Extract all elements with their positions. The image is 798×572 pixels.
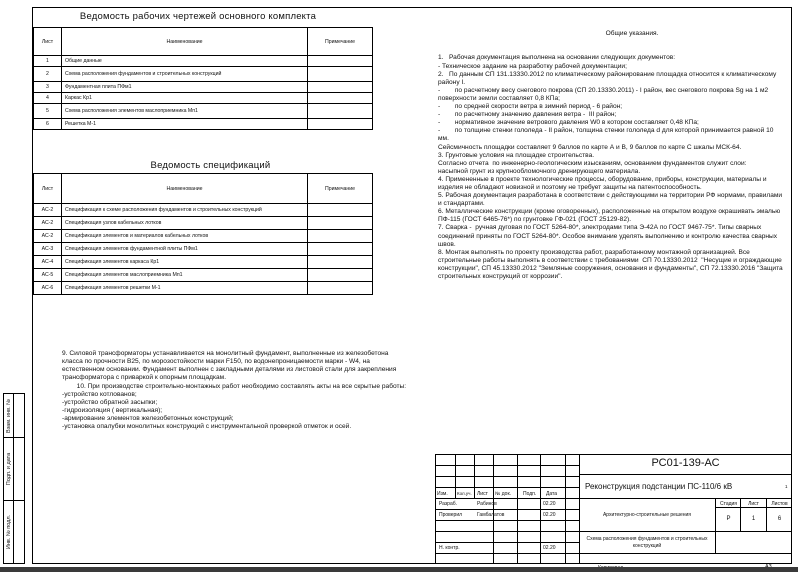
note-line: - по расчетному значению давления ветра … xyxy=(438,111,786,119)
cell-name: Спецификация элементов решетки М-1 xyxy=(61,282,307,295)
table-row: 3Фундаментная плита ПФм1 xyxy=(34,82,373,93)
note-line: -устройство котлованов; xyxy=(62,391,407,399)
side-label: Инв. № подл. xyxy=(6,515,12,549)
cell-note xyxy=(308,104,373,119)
spec-list-table: Лист Наименование Примечание АС-2Специфи… xyxy=(33,173,373,295)
header-sheet: Лист xyxy=(34,28,62,56)
note-line: - Техническое задание на разработку рабо… xyxy=(438,63,786,71)
spec-list-title: Ведомость спецификаций xyxy=(33,160,388,171)
cell-name: Спецификация элементов фундаментной плит… xyxy=(61,243,307,256)
cell-name: Спецификация элементов маслоприемника Мп… xyxy=(61,269,307,282)
note-line: 2. По данным СП 131.13330.2012 по климат… xyxy=(438,71,786,87)
side-cell-inventory: Инв. № подл. xyxy=(3,500,25,564)
cell-name: Схема расположения элементов маслоприемн… xyxy=(61,104,307,119)
signer-date: 02.20 xyxy=(543,545,556,551)
cell-note xyxy=(308,243,373,256)
general-notes: Общие указания. 1. Рабочая документация … xyxy=(438,14,786,289)
cell-note xyxy=(308,119,373,130)
stage-label: Стадия xyxy=(717,501,740,507)
sheet-label: Лист xyxy=(741,501,766,507)
side-cell-replacement: Взам. инв. № xyxy=(3,393,25,438)
note-line: -армирование элементов железобетонных ко… xyxy=(62,415,407,423)
notes-continued: 9. Силовой трансформаторы устанавливаетс… xyxy=(62,334,407,439)
signer-role: Проверил xyxy=(439,512,462,518)
cell-sheet: АС-2 xyxy=(34,204,62,217)
cell-note xyxy=(308,82,373,93)
table-row: 6Решетка М-1 xyxy=(34,119,373,130)
cell-name: Фундаментная плита ПФм1 xyxy=(61,82,307,93)
col-header: Изм. xyxy=(437,491,448,497)
cell-sheet: 4 xyxy=(34,93,62,104)
note-line: 9. Силовой трансформаторы устанавливаетс… xyxy=(62,350,407,382)
note-line: - по расчетному весу снегового покрова (… xyxy=(438,87,786,103)
sheet-value: 1 xyxy=(741,516,766,522)
sheet-title: Схема расположения фундаментов и строите… xyxy=(585,536,709,550)
note-line: 3. Грунтовые условия на площадке строите… xyxy=(438,152,786,160)
cell-sheet: 2 xyxy=(34,67,62,82)
cell-note xyxy=(308,204,373,217)
cell-name: Спецификация элементов и материалов кабе… xyxy=(61,230,307,243)
cell-sheet: АС-5 xyxy=(34,269,62,282)
note-line: 7. Сварка - ручная дуговая по ГОСТ 5264-… xyxy=(438,224,786,248)
table-row: АС-4Спецификация элементов каркаса Кр1 xyxy=(34,256,373,269)
side-label: Подп. и дата xyxy=(6,453,12,485)
general-notes-title: Общие указания. xyxy=(438,30,786,38)
corner-mark: 1 xyxy=(785,484,788,489)
col-header: Дата xyxy=(546,491,557,497)
signer-role: Разраб. xyxy=(439,501,457,507)
note-line: - по средней скорости ветра в зимний пер… xyxy=(438,103,786,111)
header-name: Наименование xyxy=(61,174,307,204)
section-title: Архитектурно-строительные решения xyxy=(579,512,715,518)
col-header: Подп. xyxy=(523,491,536,497)
note-line: 10. При производстве строительно-монтажн… xyxy=(62,383,407,391)
side-stamp: Взам. инв. № Подп. и дата Инв. № подл. xyxy=(3,393,25,564)
cell-name: Схема расположения фундаментов и строите… xyxy=(61,67,307,82)
table-row: АС-2Спецификация элементов и материалов … xyxy=(34,230,373,243)
doc-code: РС01-139-АС xyxy=(579,457,792,469)
cell-note xyxy=(308,269,373,282)
stage-value: Р xyxy=(717,516,740,522)
note-line: -установка опалубки монолитных конструкц… xyxy=(62,423,407,431)
signer-date: 02.20 xyxy=(543,512,556,518)
sheets-label: Листов xyxy=(767,501,792,507)
drawings-list-title: Ведомость рабочих чертежей основного ком… xyxy=(33,11,363,22)
note-line: - по толщине стенки гололеда - II район,… xyxy=(438,127,786,143)
cell-note xyxy=(308,67,373,82)
header-note: Примечание xyxy=(308,174,373,204)
table-row: 4Каркас Кр1 xyxy=(34,93,373,104)
note-line: -устройство обратной засыпки; xyxy=(62,399,407,407)
drawings-list-table: Лист Наименование Примечание 1Общие данн… xyxy=(33,27,373,130)
cell-note xyxy=(308,56,373,67)
col-header: Лист xyxy=(477,491,488,497)
cell-note xyxy=(308,256,373,269)
cell-name: Спецификация элементов каркаса Кр1 xyxy=(61,256,307,269)
signer-date: 02.20 xyxy=(543,501,556,507)
cell-sheet: АС-2 xyxy=(34,217,62,230)
signer-name: Рабинов xyxy=(477,501,497,507)
cell-sheet: 1 xyxy=(34,56,62,67)
sheets-value: 6 xyxy=(767,516,792,522)
title-block: Изм. Кол.уч. Лист № док. Подп. Дата Разр… xyxy=(435,454,792,564)
cell-name: Спецификация к схеме расположения фундам… xyxy=(61,204,307,217)
cell-name: Общие данные xyxy=(61,56,307,67)
note-line: 8. Монтаж выполнять по проекту производс… xyxy=(438,249,786,281)
cell-name: Каркас Кр1 xyxy=(61,93,307,104)
signer-name: Гамбалатов xyxy=(477,512,504,518)
note-line: 6. Металлические конструкции (кроме огов… xyxy=(438,208,786,224)
cell-sheet: АС-4 xyxy=(34,256,62,269)
cell-note xyxy=(308,217,373,230)
cell-sheet: АС-3 xyxy=(34,243,62,256)
table-row: АС-2Спецификация к схеме расположения фу… xyxy=(34,204,373,217)
bottom-bar xyxy=(0,567,798,572)
cell-sheet: АС-2 xyxy=(34,230,62,243)
cell-note xyxy=(308,230,373,243)
table-row: 2Схема расположения фундаментов и строит… xyxy=(34,67,373,82)
cell-sheet: 5 xyxy=(34,104,62,119)
note-line: -гидроизоляция ( вертикальная); xyxy=(62,407,407,415)
cell-sheet: АС-6 xyxy=(34,282,62,295)
header-sheet: Лист xyxy=(34,174,62,204)
cell-name: Спецификация узлов кабельных лотков xyxy=(61,217,307,230)
table-header-row: Лист Наименование Примечание xyxy=(34,28,373,56)
table-row: АС-3Спецификация элементов фундаментной … xyxy=(34,243,373,256)
side-label: Взам. инв. № xyxy=(6,398,12,432)
table-header-row: Лист Наименование Примечание xyxy=(34,174,373,204)
table-row: АС-5Спецификация элементов маслоприемник… xyxy=(34,269,373,282)
note-line: насыпной грунт из крупнообломочного дрен… xyxy=(438,168,786,176)
side-cell-signature: Подп. и дата xyxy=(3,437,25,501)
note-line: 4. Примененные в проекте технологические… xyxy=(438,176,786,192)
cell-note xyxy=(308,282,373,295)
table-row: 5Схема расположения элементов маслоприем… xyxy=(34,104,373,119)
table-row: АС-6Спецификация элементов решетки М-1 xyxy=(34,282,373,295)
header-note: Примечание xyxy=(308,28,373,56)
cell-sheet: 6 xyxy=(34,119,62,130)
cell-name: Решетка М-1 xyxy=(61,119,307,130)
note-line: Согласно отчета по инженерно-геологическ… xyxy=(438,160,786,168)
table-row: 1Общие данные xyxy=(34,56,373,67)
header-name: Наименование xyxy=(61,28,307,56)
project-title: Реконструкция подстанции ПС-110/6 кВ xyxy=(585,482,732,491)
cell-note xyxy=(308,93,373,104)
note-line: Сейсмичность площадки составляет 9 балло… xyxy=(438,144,786,152)
col-header: № док. xyxy=(495,491,511,497)
table-row: АС-2Спецификация узлов кабельных лотков xyxy=(34,217,373,230)
signer-role: Н. контр. xyxy=(439,545,460,551)
note-line: 5. Рабочая документация разработана в со… xyxy=(438,192,786,208)
col-header: Кол.уч. xyxy=(457,491,472,496)
note-line: 1. Рабочая документация выполнена на осн… xyxy=(438,54,786,62)
cell-sheet: 3 xyxy=(34,82,62,93)
